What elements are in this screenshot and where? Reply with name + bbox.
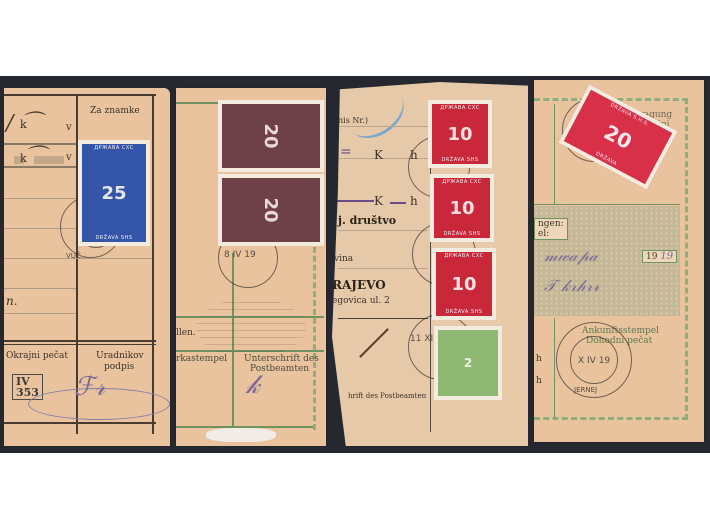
wavy-cancel: [196, 298, 306, 358]
parcel-card-fragment-1: Za znamke k v k v ∕ ⌒ ⌒ n. Okrajni pečat…: [4, 88, 170, 446]
year-prefix: 19: [646, 252, 657, 262]
postmark-town: JERNEJ: [574, 386, 597, 394]
partial-label-box: ngen: el:: [534, 218, 568, 240]
green-line: [534, 204, 680, 205]
street-text: egovica ul. 2: [332, 296, 390, 306]
stamp-2-green: 2: [434, 326, 502, 400]
krone-label: K: [374, 148, 383, 162]
heller-label-2: h: [410, 194, 418, 208]
partial-official-sig: hrift des Postbeamten: [348, 392, 426, 400]
official-signature: 𝓀: [246, 370, 260, 401]
stamp-value: 10: [436, 252, 492, 316]
partial-label-2: rkastempel: [176, 354, 227, 364]
stamp-value: 2: [438, 330, 498, 396]
purple-mark: [336, 200, 374, 202]
stamp-area-label: Za znamke: [90, 106, 140, 116]
clerk-signature: ℱ𝓇: [74, 372, 105, 403]
row-line: [338, 230, 428, 231]
year-suffix: 19: [660, 251, 673, 262]
partial-label: llen.: [176, 328, 196, 338]
frame-line: [152, 94, 154, 434]
side-label-2: h: [536, 376, 542, 386]
row-line: [4, 198, 76, 199]
partial-text: n.: [6, 294, 18, 308]
year-box: 19 19: [642, 250, 677, 263]
krone-label-2: K: [374, 194, 383, 208]
row-line: [4, 288, 76, 289]
row-line: [338, 126, 428, 127]
stamp-value: 10: [432, 104, 488, 164]
green-dashed-border: [306, 238, 316, 430]
postmark-text: VUČ...: [66, 252, 87, 260]
partial-label: nis Nr.): [338, 116, 368, 125]
parcel-card-fragment-3: nis Nr.) = K h K h j. društvo vina RAJEV…: [332, 82, 528, 446]
green-line: [554, 318, 555, 418]
stamp-value: 10: [434, 178, 490, 238]
stamp-10-1: ДРЖАВА СХС 10 DRŽAVA SHS: [428, 100, 492, 168]
parcel-card-fragment-2: llen. rkastempel Unterschrift des Postbe…: [176, 88, 326, 446]
partial-label: ngen:: [538, 219, 564, 229]
stamp-25: ДРЖАВА СХС 25 DRŽAVA SHS: [78, 140, 150, 246]
paper-tear: [206, 428, 276, 442]
partial-label-2: el:: [538, 229, 564, 239]
row-line: [338, 318, 428, 319]
handwritten-address: 𝓂𝓌𝒶𝓅𝒶: [544, 246, 598, 266]
stamp-bottom-text: DRŽAVA SHS: [436, 309, 492, 315]
stamp-bottom-text: DRŽAVA SHS: [82, 235, 146, 241]
society-text: j. društvo: [338, 214, 396, 227]
purple-mark: =: [340, 144, 352, 160]
stamp-value: 20: [239, 161, 303, 259]
purple-mark: [390, 202, 406, 204]
clerk-signature-label-2: podpis: [104, 362, 134, 372]
stamp-20-bottom: 20: [218, 174, 324, 246]
stamp-10-3: ДРЖАВА СХС 10 DRŽAVA SHS: [432, 248, 496, 320]
parcel-card-fragment-4: ntragung listini ngen: el: 19 19 𝓂𝓌𝒶𝓅𝒶 𝒯…: [534, 80, 704, 442]
handwritten-address-2: 𝒯 𝓀𝓇𝒽𝓇𝓇: [544, 276, 599, 296]
stamp-bottom-text: DRŽAVA SHS: [434, 231, 490, 237]
local-stamp-label: Okrajni pečat: [6, 351, 68, 361]
green-line: [554, 104, 555, 204]
v-label: v: [66, 122, 72, 133]
handwriting-mark: ⌒: [24, 140, 46, 171]
pen-stroke: [359, 328, 389, 358]
row-line: [4, 313, 76, 314]
side-label: h: [536, 354, 542, 364]
stamp-value: 25: [82, 144, 146, 242]
partial-label-vina: vina: [334, 254, 353, 264]
frame-line: [4, 344, 156, 345]
frame-line: [4, 340, 156, 342]
frame-line: [4, 94, 156, 96]
v-label-2: v: [66, 152, 72, 163]
postmark-date: X IV 19: [578, 356, 610, 366]
frame-line: [4, 422, 156, 424]
stamp-10-2: ДРЖАВА СХС 10 DRŽAVA SHS: [430, 174, 494, 242]
city-text: RAJEVO: [332, 278, 386, 292]
clerk-signature-label: Uradnikov: [96, 351, 144, 361]
stamp-bottom-text: DRŽAVA SHS: [432, 157, 488, 163]
handwriting-mark: ∕ ⌒: [6, 106, 42, 137]
